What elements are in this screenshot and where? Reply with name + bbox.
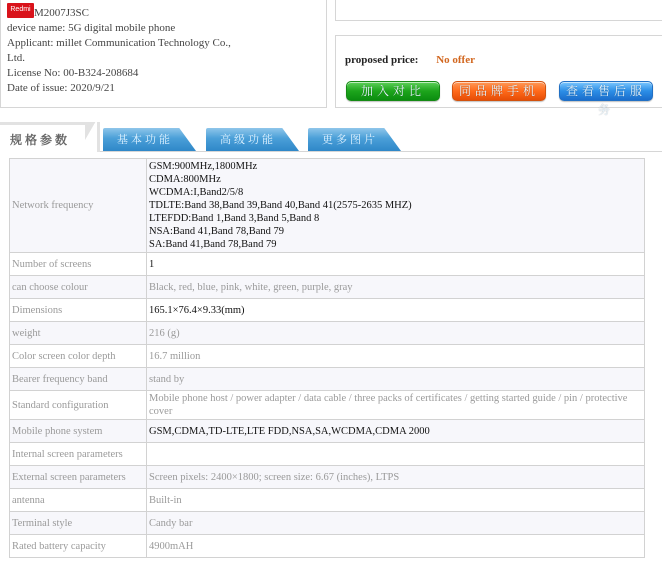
spec-label: Number of screens [10,253,147,276]
table-row: External screen parametersScreen pixels:… [10,466,645,489]
spec-label: Terminal style [10,512,147,535]
network-line: SA:Band 41,Band 78,Band 79 [149,238,642,251]
table-row: Number of screens1 [10,253,645,276]
spec-value: Mobile phone host / power adapter / data… [147,391,645,420]
spec-value: Built-in [147,489,645,512]
device-info-panel: RedmiM2007J3SC device name: 5G digital m… [0,0,327,108]
table-row: Rated battery capacity4900mAH [10,535,645,558]
table-row: Internal screen parameters [10,443,645,466]
table-row: Dimensions165.1×76.4×9.33(mm) [10,299,645,322]
spec-value: Black, red, blue, pink, white, green, pu… [147,276,645,299]
spec-value: GSM,CDMA,TD-LTE,LTE FDD,NSA,SA,WCDMA,CDM… [147,420,645,443]
price-row: proposed price: No offer [345,54,475,66]
spec-label: Bearer frequency band [10,368,147,391]
device-name: device name: 5G digital mobile phone [7,21,320,36]
table-row: weight216 (g) [10,322,645,345]
spec-label: Dimensions [10,299,147,322]
spec-value: stand by [147,368,645,391]
spec-value: 1 [147,253,645,276]
license-number: License No: 00-B324-208684 [7,66,320,81]
price-value: No offer [436,54,475,66]
spec-value-network-frequency: GSM:900MHz,1800MHz CDMA:800MHz WCDMA:I,B… [147,159,645,253]
table-row: Mobile phone systemGSM,CDMA,TD-LTE,LTE F… [10,420,645,443]
redmi-logo-icon: Redmi [7,3,34,18]
spec-value: Screen pixels: 2400×1800; screen size: 6… [147,466,645,489]
spec-table: Network frequency GSM:900MHz,1800MHz CDM… [9,158,645,558]
spec-value: 4900mAH [147,535,645,558]
model-number: M2007J3SC [34,7,89,19]
spec-label: External screen parameters [10,466,147,489]
tab-more-pictures[interactable]: 更多图片 [308,128,401,151]
table-row: Network frequency GSM:900MHz,1800MHz CDM… [10,159,645,253]
tab-advanced-functions[interactable]: 高级功能 [206,128,299,151]
model-line: RedmiM2007J3SC [7,6,320,21]
spec-label: weight [10,322,147,345]
spec-label: Standard configuration [10,391,147,420]
spec-label: antenna [10,489,147,512]
add-to-compare-button[interactable]: 加入对比 [346,81,440,101]
spec-tabs: 规格参数 基本功能 高级功能 更多图片 [0,120,662,152]
table-row: Standard configurationMobile phone host … [10,391,645,420]
spec-value: Candy bar [147,512,645,535]
spec-label: Rated battery capacity [10,535,147,558]
table-row: antennaBuilt-in [10,489,645,512]
spec-value [147,443,645,466]
applicant: Applicant: millet Communication Technolo… [7,36,320,51]
price-panel: proposed price: No offer 加入对比 同品牌手机 查看售后… [335,35,662,108]
spec-label: Network frequency [10,159,147,253]
table-row: can choose colourBlack, red, blue, pink,… [10,276,645,299]
spec-label: Mobile phone system [10,420,147,443]
top-right-panel [335,0,662,21]
same-brand-phones-button[interactable]: 同品牌手机 [452,81,546,101]
network-line: TDLTE:Band 38,Band 39,Band 40,Band 41(25… [149,199,642,212]
price-label: proposed price: [345,54,418,66]
spec-label: Internal screen parameters [10,443,147,466]
network-line: WCDMA:I,Band2/5/8 [149,186,642,199]
network-line: NSA:Band 41,Band 78,Band 79 [149,225,642,238]
network-line: GSM:900MHz,1800MHz [149,160,642,173]
tab-basic-functions[interactable]: 基本功能 [103,128,196,151]
table-row: Bearer frequency bandstand by [10,368,645,391]
spec-value: 16.7 million [147,345,645,368]
date-of-issue: Date of issue: 2020/9/21 [7,81,320,96]
spec-label: Color screen color depth [10,345,147,368]
table-row: Color screen color depth16.7 million [10,345,645,368]
network-line: CDMA:800MHz [149,173,642,186]
applicant-continued: Ltd. [7,51,320,66]
spec-value: 165.1×76.4×9.33(mm) [147,299,645,322]
spec-value: 216 (g) [147,322,645,345]
tab-specifications[interactable]: 规格参数 [0,122,90,152]
spec-label: can choose colour [10,276,147,299]
table-row: Terminal styleCandy bar [10,512,645,535]
network-line: LTEFDD:Band 1,Band 3,Band 5,Band 8 [149,212,642,225]
after-sales-service-button[interactable]: 查看售后服务 [559,81,653,101]
